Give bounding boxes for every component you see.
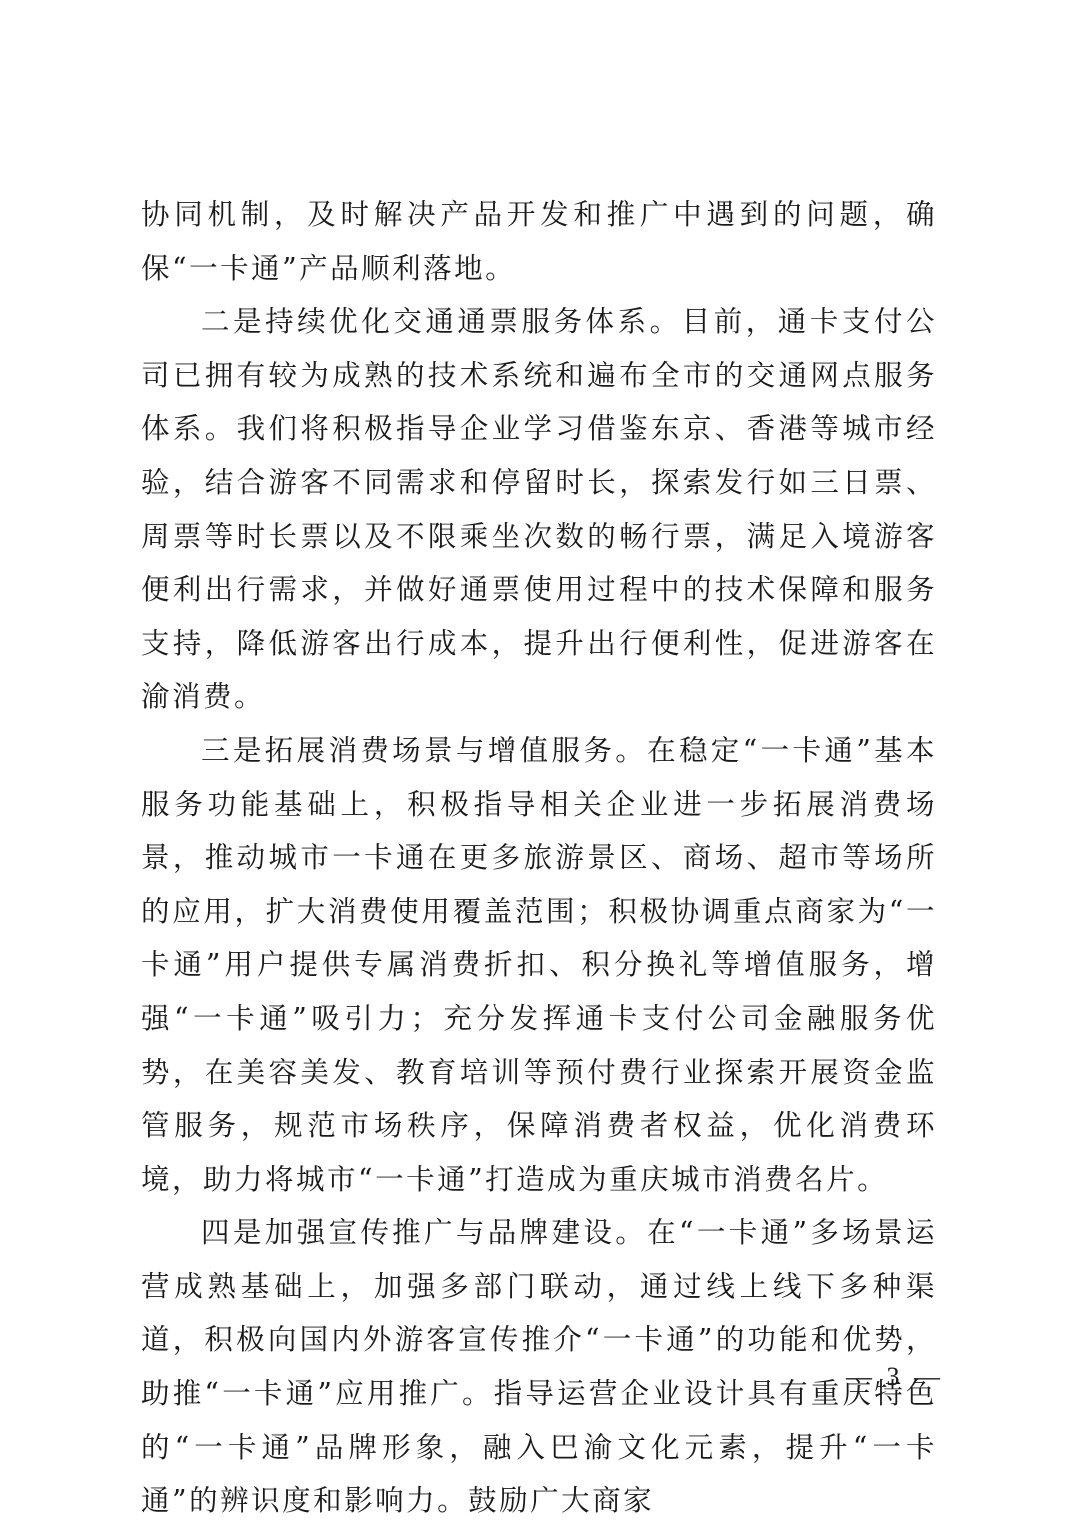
paragraph-transport-pass: 二是持续优化交通通票服务体系。目前，通卡支付公司已拥有较为成熟的技术系统和遍布全… [141, 295, 937, 724]
paragraph-continuation: 协同机制，及时解决产品开发和推广中遇到的问题，确保“一卡通”产品顺利落地。 [141, 188, 937, 295]
page-number: — 3 — [846, 1362, 944, 1392]
document-page: 协同机制，及时解决产品开发和推广中遇到的问题，确保“一卡通”产品顺利落地。 二是… [0, 0, 1074, 1520]
document-body: 协同机制，及时解决产品开发和推广中遇到的问题，确保“一卡通”产品顺利落地。 二是… [141, 188, 937, 1520]
paragraph-consumption-scenarios: 三是拓展消费场景与增值服务。在稳定“一卡通”基本服务功能基础上，积极指导相关企业… [141, 724, 937, 1206]
paragraph-promotion-branding: 四是加强宣传推广与品牌建设。在“一卡通”多场景运营成熟基础上，加强多部门联动，通… [141, 1206, 937, 1520]
